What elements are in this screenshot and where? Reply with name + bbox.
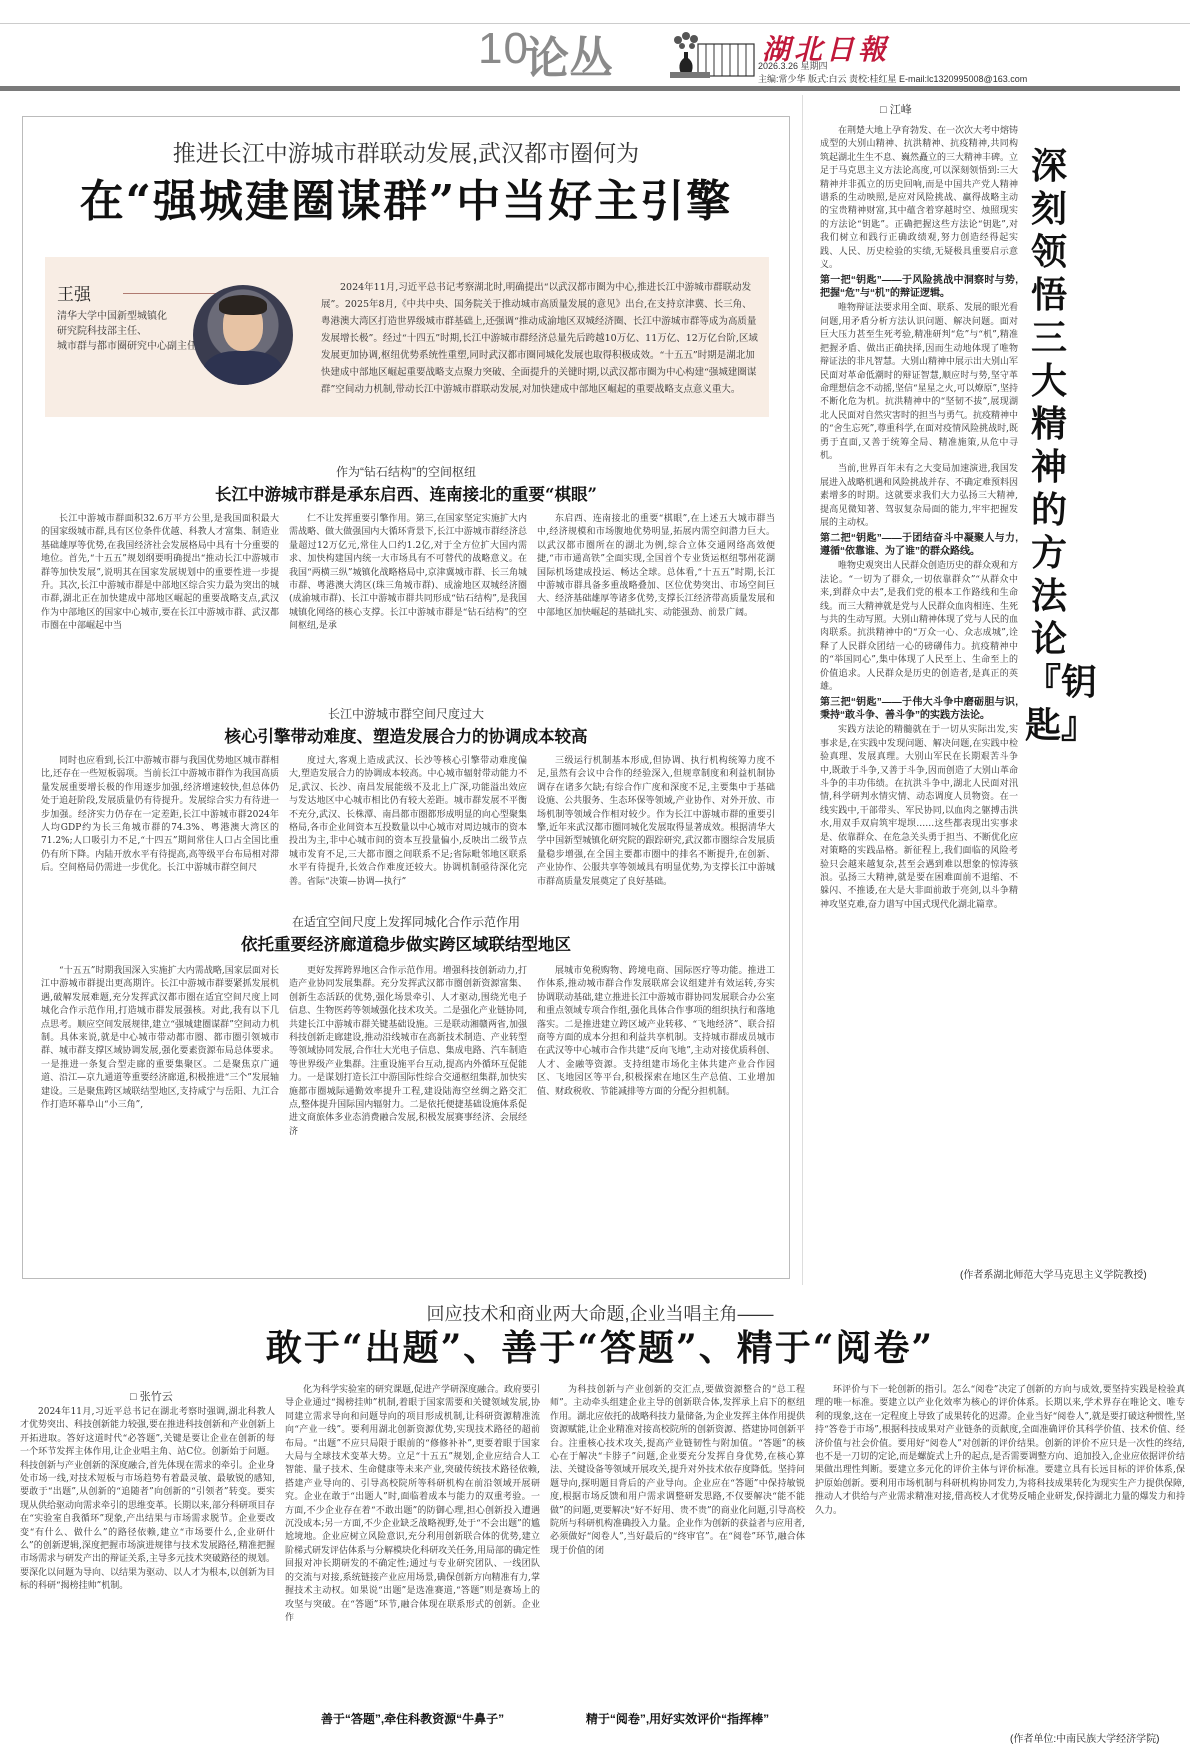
header-bar <box>0 86 1180 91</box>
bookshelf-vase-illustration-icon <box>668 30 760 80</box>
bottom-column: 化为科学实验室的研究课题,促进产学研深度融合。政府要引导企业通过“揭榜挂帅”机制… <box>285 1384 540 1709</box>
section-kicker: 长江中游城市群空间尺度过大 <box>23 705 789 722</box>
side-article: □ 江峰 在荆楚大地上孕育勃发、在一次次大考中熔铸成型的大别山精神、抗洪精神、抗… <box>820 95 1020 1140</box>
column-divider <box>802 95 803 1285</box>
article-column: “十五五”时期我国深入实施扩大内需战略,国家层面对长江中游城市群提出更高期许。长… <box>41 965 279 1265</box>
lead-paragraph: 2024年11月,习近平总书记考察湖北时,明确提出“以武汉都市圈为中心,推进长江… <box>321 279 759 398</box>
article-column: 同时也应看到,长江中游城市群与我国优势地区城市群相比,还存在一些短板弱项。当前长… <box>41 755 279 935</box>
section-kicker: 在适宜空间尺度上发挥同城化合作示范作用 <box>23 913 789 930</box>
bottom-section-head: 善于“答题”,牵住科教资源“牛鼻子” <box>285 1710 540 1727</box>
side-byline: □ 江峰 <box>880 101 912 117</box>
section-name: 论丛 <box>525 22 613 86</box>
article-column: 展城市免税购物、跨境电商、国际医疗等功能。推进工作体系,推动城市群合作发展联席会… <box>537 965 775 1265</box>
main-kicker: 推进长江中游城市群联动发展,武汉都市圈何为 <box>23 135 789 168</box>
bottom-author-affiliation: (作者单位:中南民族大学经济学院) <box>1010 1730 1159 1745</box>
page-header: 10 论丛 湖北日報 2026.3.26 星期四 主编:常少华 版式:白云 责校… <box>0 0 1200 95</box>
section-head: 依托重要经济廊道稳步做实跨区域联结型地区 <box>23 931 789 955</box>
article-column: 更好发挥跨界地区合作示范作用。增强科技创新动力,打造产业协同发展集群。充分发挥武… <box>289 965 527 1265</box>
author-name: 王强 <box>57 280 91 305</box>
main-headline: 在“强城建圈谋群”中当好主引擎 <box>23 165 789 229</box>
bottom-headline: 敢于“出题”、善于“答题”、精于“阅卷” <box>0 1320 1200 1371</box>
article-column: 度过大,客观上造成武汉、长沙等核心引擎带动难度偏大,塑造发展合力的协调成本较高。… <box>289 755 527 935</box>
side-article-body: 在荆楚大地上孕育勃发、在一次次大考中熔铸成型的大别山精神、抗洪精神、抗疫精神,共… <box>820 125 1018 1125</box>
editor-credits: 主编:常少华 版式:白云 责校:桂红星 E-mail:lc1320995008@… <box>758 72 1027 85</box>
section-kicker: 作为“钻石结构”的空间枢纽 <box>23 463 789 480</box>
article-column: 三级运行机制基本形成,但协调、执行机构统筹力度不足,虽然有会议中合作的经验深入,… <box>537 755 775 935</box>
author-divider <box>123 293 223 294</box>
bottom-column: 环评价与下一轮创新的指引。怎么“阅卷”决定了创新的方向与成效,要坚持实践是检验真… <box>815 1384 1185 1724</box>
section-head: 长江中游城市群是承东启西、连南接北的重要“棋眼” <box>23 481 789 505</box>
bottom-column: 2024年11月,习近平总书记在湖北考察时强调,湖北科教人才优势突出、科技创新能… <box>20 1406 275 1746</box>
bottom-byline: □ 张竹云 <box>130 1388 173 1404</box>
bottom-column: 为科技创新与产业创新的交汇点,要做资源整合的“总工程师”。主动牵头组建企业主导的… <box>550 1384 805 1709</box>
issue-date: 2026.3.26 星期四 <box>758 59 828 72</box>
article-column: 仁不让发挥重要引擎作用。第三,在国家坚定实施扩大内需战略、做大做强国内大循环背景… <box>289 513 527 693</box>
main-article: 推进长江中游城市群联动发展,武汉都市圈何为 在“强城建圈谋群”中当好主引擎 王强… <box>22 116 790 1279</box>
side-author-affiliation: (作者系湖北师范大学马克思主义学院教授) <box>960 1266 1147 1281</box>
author-photo <box>193 285 293 385</box>
page-number: 10 <box>478 24 529 74</box>
side-vertical-title: 深刻领悟三大精神的方法论『钥匙』 <box>1025 145 1073 747</box>
bottom-section-head: 精于“阅卷”,用好实效评价“指挥棒” <box>550 1710 805 1727</box>
article-column: 长江中游城市群面积32.6万平方公里,是我国面积最大的国家级城市群,具有区位条件… <box>41 513 279 693</box>
section-head: 核心引擎带动难度、塑造发展合力的协调成本较高 <box>23 723 789 747</box>
article-column: 东启西、连南接北的重要“棋眼”,在上述五大城市群当中,经济规模和市场腹地优势明显… <box>537 513 775 693</box>
